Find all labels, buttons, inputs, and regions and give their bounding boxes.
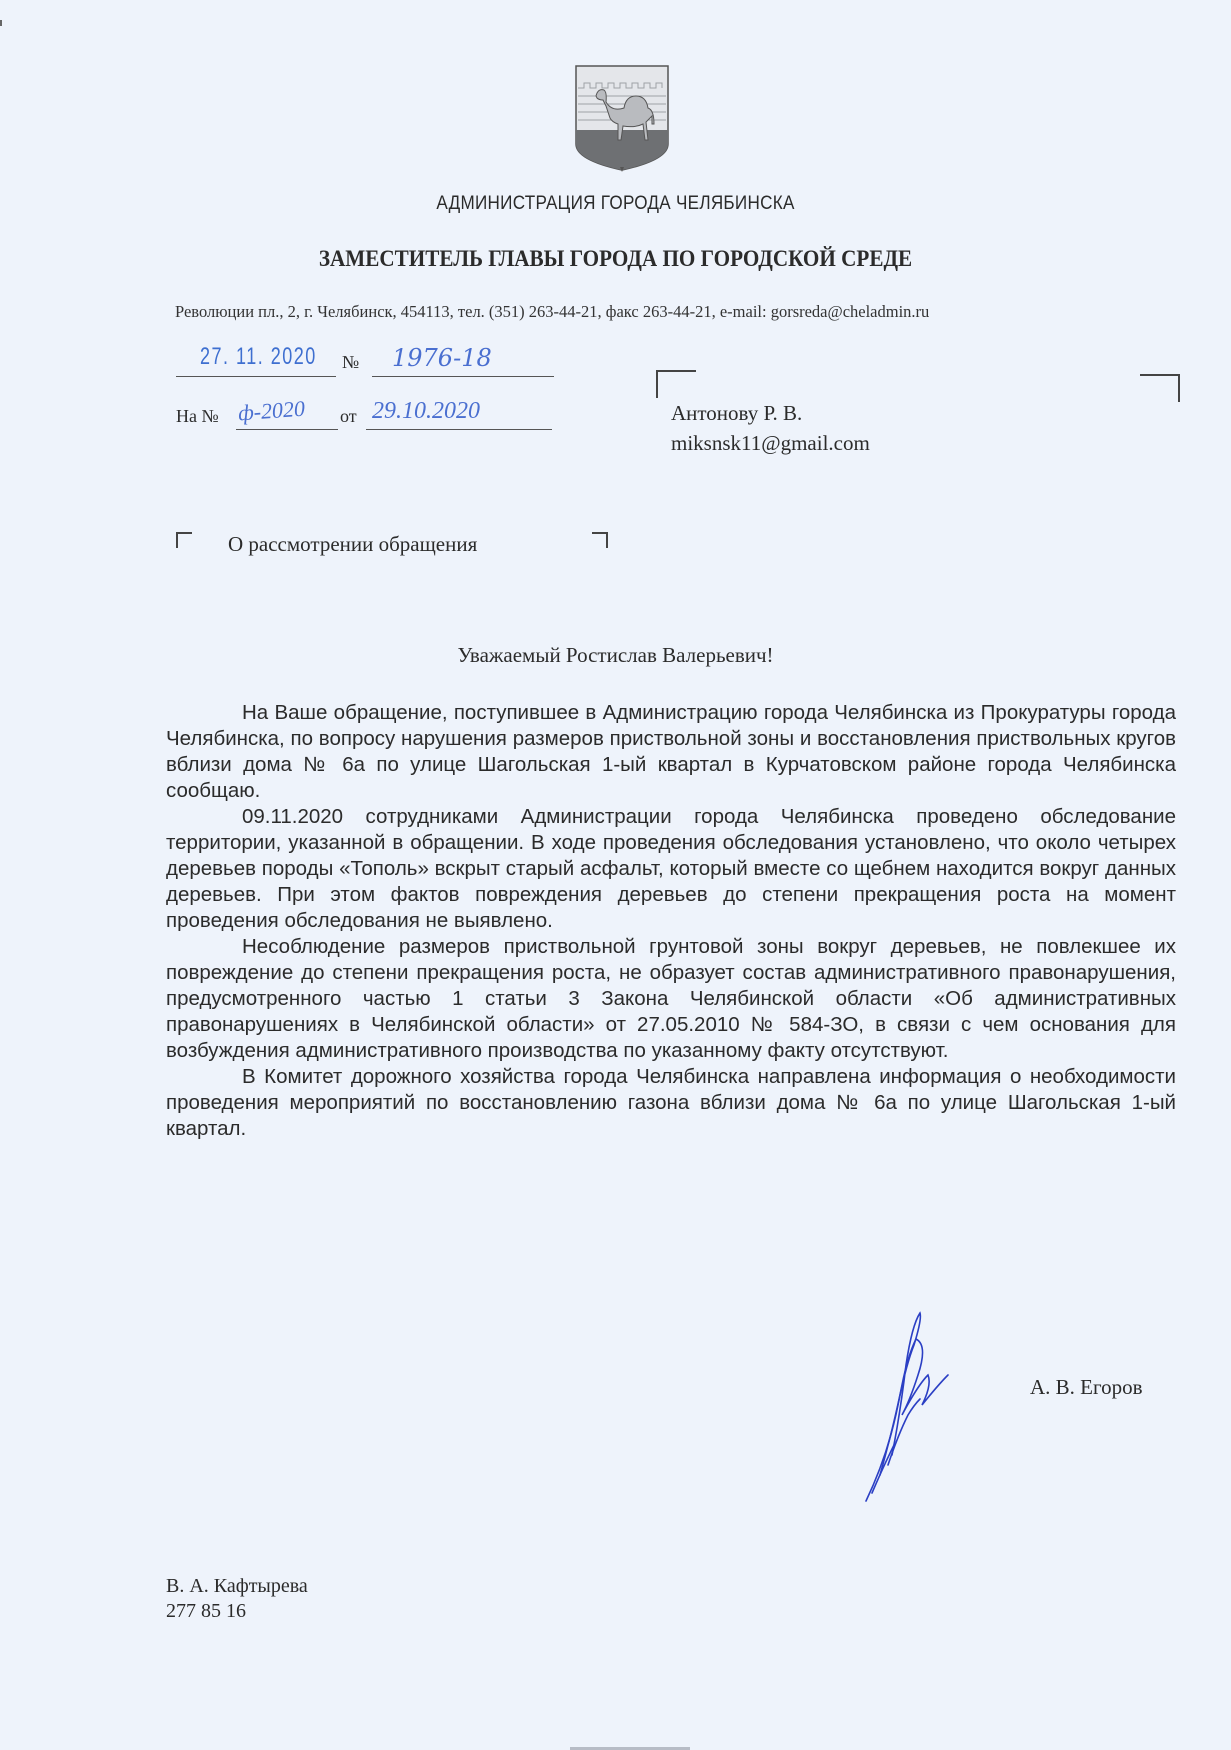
subject-line: О рассмотрении обращения	[228, 532, 477, 557]
body-paragraph: На Ваше обращение, поступившее в Админис…	[166, 700, 1176, 804]
recipient-name: Антонову Р. В.	[671, 398, 870, 428]
contact-address: Революции пл., 2, г. Челябинск, 454113, …	[175, 302, 929, 322]
reply-to-date: 29.10.2020	[372, 398, 480, 425]
registration-date-stamp: 27. 11. 2020	[200, 343, 317, 371]
handwritten-signature-icon	[858, 1305, 968, 1505]
recipient-block: Антонову Р. В. miksnsk11@gmail.com	[671, 398, 870, 458]
organization-name: АДМИНИСТРАЦИЯ ГОРОДА ЧЕЛЯБИНСКА	[62, 193, 1170, 215]
number-underline	[372, 376, 554, 377]
date-underline	[176, 376, 336, 377]
reply-number-underline	[236, 429, 338, 430]
executor-name: В. А. Кафтырева	[166, 1574, 308, 1599]
subject-corner-mark-right	[592, 532, 608, 548]
reply-to-label: На №	[176, 406, 219, 427]
subject-corner-mark-left	[176, 532, 192, 548]
address-corner-mark-right	[1140, 374, 1180, 402]
body-paragraph: Несоблюдение размеров приствольной грунт…	[166, 934, 1176, 1064]
from-label: от	[340, 406, 357, 427]
coat-of-arms-icon	[572, 62, 672, 174]
signer-name: А. В. Егоров	[1030, 1375, 1143, 1400]
greeting: Уважаемый Ростислав Валерьевич!	[0, 643, 1231, 668]
address-corner-mark-left	[656, 370, 696, 398]
body-paragraph: В Комитет дорожного хозяйства города Чел…	[166, 1064, 1176, 1142]
registration-number: 1976-18	[392, 344, 492, 372]
executor-phone: 277 85 16	[166, 1599, 308, 1624]
executor-block: В. А. Кафтырева 277 85 16	[166, 1574, 308, 1624]
official-position: ЗАМЕСТИТЕЛЬ ГЛАВЫ ГОРОДА ПО ГОРОДСКОЙ СР…	[49, 246, 1182, 272]
reply-date-underline	[366, 429, 552, 430]
reply-to-number: ф-2020	[237, 396, 306, 427]
number-label: №	[342, 352, 359, 373]
scan-edge-mark	[0, 20, 2, 26]
recipient-email: miksnsk11@gmail.com	[671, 428, 870, 458]
letter-body: На Ваше обращение, поступившее в Админис…	[166, 700, 1176, 1142]
body-paragraph: 09.11.2020 сотрудниками Администрации го…	[166, 804, 1176, 934]
